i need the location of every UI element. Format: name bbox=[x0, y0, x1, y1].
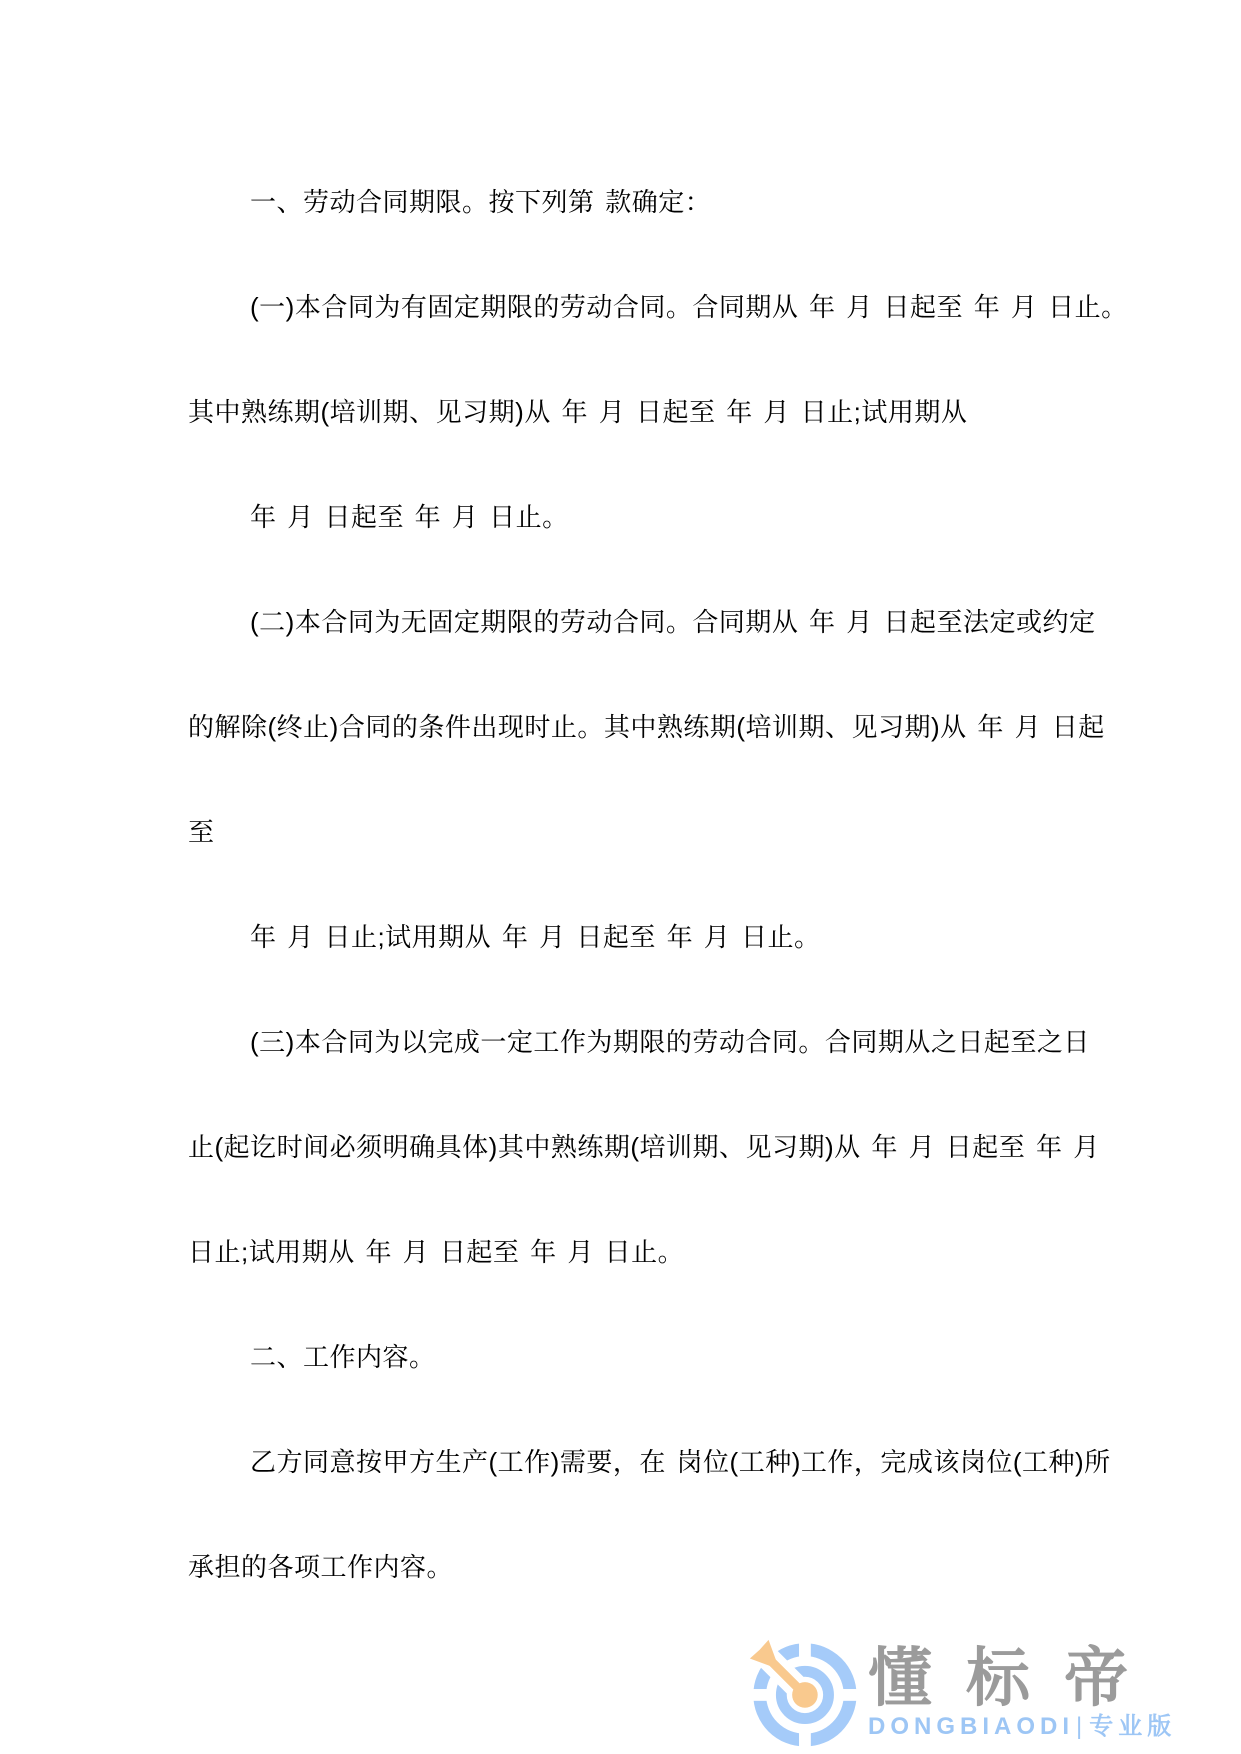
brand-divider: | bbox=[1076, 1713, 1087, 1740]
document-page: 一、劳动合同期限。按下列第 款确定：(一)本合同为有固定期限的劳动合同。合同期从… bbox=[0, 0, 1241, 1754]
dongbiaodi-bullseye-logo-icon bbox=[742, 1632, 860, 1750]
contract-line: 乙方同意按甲方生产(工作)需要，在 岗位(工种)工作，完成该岗位(工种)所 bbox=[188, 1445, 1211, 1550]
watermark-text: 懂标帝 DONGBIAODI|专业版 bbox=[868, 1632, 1176, 1740]
contract-line: (三)本合同为以完成一定工作为期限的劳动合同。合同期从之日起至之日 bbox=[188, 1025, 1211, 1130]
contract-line: 止(起讫时间必须明确具体)其中熟练期(培训期、见习期)从 年 月 日起至 年 月 bbox=[188, 1130, 1211, 1235]
brand-name-cn: 懂标帝 bbox=[868, 1646, 1176, 1710]
contract-line: 的解除(终止)合同的条件出现时止。其中熟练期(培训期、见习期)从 年 月 日起 bbox=[188, 710, 1211, 815]
contract-text: 一、劳动合同期限。按下列第 款确定：(一)本合同为有固定期限的劳动合同。合同期从… bbox=[188, 185, 1211, 1655]
contract-line: 一、劳动合同期限。按下列第 款确定： bbox=[188, 185, 1211, 290]
contract-line: 年 月 日起至 年 月 日止。 bbox=[188, 500, 1211, 605]
contract-line: 日止;试用期从 年 月 日起至 年 月 日止。 bbox=[188, 1235, 1211, 1340]
brand-name-en: DONGBIAODI|专业版 bbox=[868, 1714, 1176, 1740]
contract-line: 二、工作内容。 bbox=[188, 1340, 1211, 1445]
contract-line: 至 bbox=[188, 815, 1211, 920]
contract-line: (一)本合同为有固定期限的劳动合同。合同期从 年 月 日起至 年 月 日止。 bbox=[188, 290, 1211, 395]
brand-latin: DONGBIAODI bbox=[868, 1713, 1074, 1740]
brand-edition: 专业版 bbox=[1089, 1713, 1176, 1740]
contract-line: (二)本合同为无固定期限的劳动合同。合同期从 年 月 日起至法定或约定 bbox=[188, 605, 1211, 710]
watermark: 懂标帝 DONGBIAODI|专业版 bbox=[742, 1632, 1176, 1750]
contract-line: 年 月 日止;试用期从 年 月 日起至 年 月 日止。 bbox=[188, 920, 1211, 1025]
contract-line: 其中熟练期(培训期、见习期)从 年 月 日起至 年 月 日止;试用期从 bbox=[188, 395, 1211, 500]
